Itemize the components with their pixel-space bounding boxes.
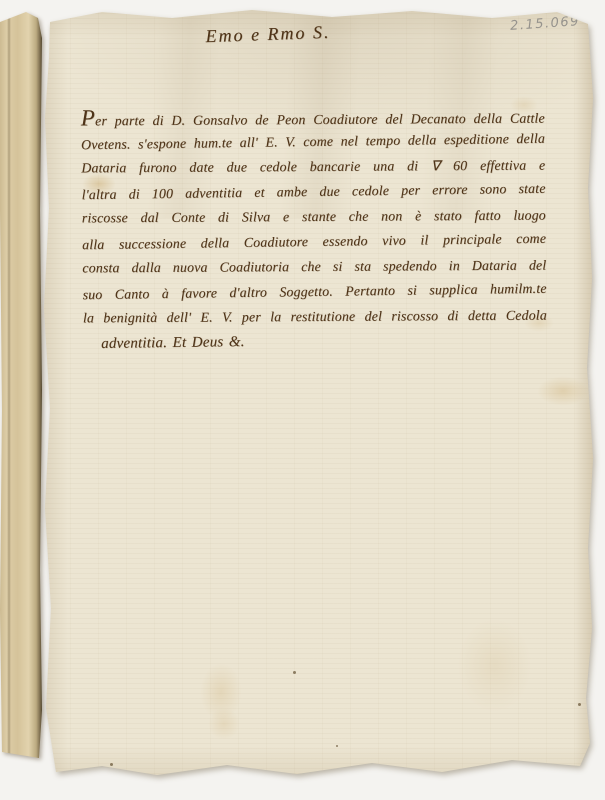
letter-body: Per parte di D. Gonsalvo de Peon Coadiut… [81,102,548,357]
stain [208,708,240,740]
stain [457,618,532,713]
paper-speck [110,763,113,766]
scan-background: 2.15.069 Emo e Rmo S. Per parte di D. Go… [0,0,605,800]
paper-speck [336,745,338,747]
catalog-number: 2.15.069 [510,13,595,34]
stain [537,376,589,406]
paper-speck [578,703,581,706]
stain [200,663,242,721]
manuscript-page-wrap: 2.15.069 Emo e Rmo S. Per parte di D. Go… [0,0,605,800]
manuscript-line: adventitia. Et Deus &. [83,326,547,357]
manuscript-page: 2.15.069 Emo e Rmo S. Per parte di D. Go… [42,8,594,778]
paper-speck [293,671,296,674]
salutation: Emo e Rmo S. [180,21,357,48]
